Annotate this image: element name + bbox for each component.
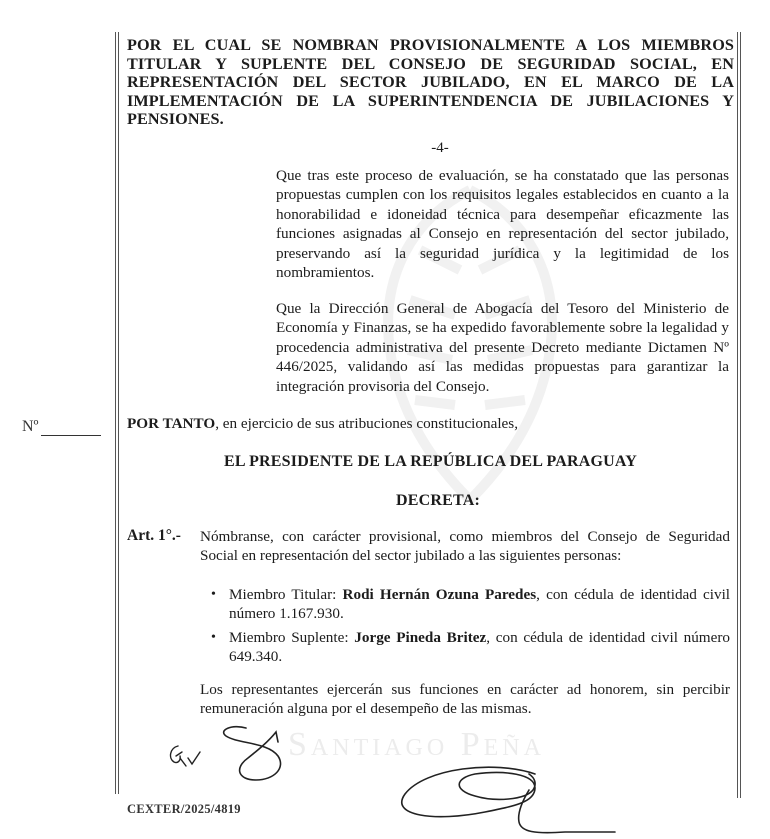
president-signature-icon bbox=[395, 760, 625, 839]
footer-reference-code: CEXTER/2025/4819 bbox=[127, 802, 241, 817]
left-margin-border bbox=[115, 32, 119, 794]
members-list: •Miembro Titular: Rodi Hernán Ozuna Pare… bbox=[210, 585, 730, 670]
decreta-heading: DECRETA: bbox=[127, 492, 734, 510]
por-tanto-bold: POR TANTO bbox=[127, 415, 215, 432]
decree-title: POR EL CUAL SE NOMBRAN PROVISIONALMENTE … bbox=[127, 36, 734, 129]
por-tanto-clause: POR TANTO, en ejercicio de sus atribucio… bbox=[127, 414, 518, 433]
member-name: Rodi Hernán Ozuna Paredes bbox=[343, 586, 537, 603]
article-label: Art. 1°.- bbox=[127, 527, 181, 545]
signature-small-icon bbox=[218, 724, 288, 784]
bullet-icon: • bbox=[211, 628, 216, 647]
initials-signature-icon bbox=[168, 742, 208, 772]
article-text: Nómbranse, con carácter provisional, com… bbox=[200, 527, 730, 566]
considerando-paragraph: Que tras este proceso de evaluación, se … bbox=[276, 166, 729, 282]
page-number: -4- bbox=[400, 140, 480, 157]
watermark-name: Santiago Peña bbox=[288, 726, 545, 764]
considerando-paragraph: Que la Dirección General de Abogacía del… bbox=[276, 299, 729, 396]
bullet-icon: • bbox=[211, 585, 216, 604]
list-item: •Miembro Titular: Rodi Hernán Ozuna Pare… bbox=[210, 585, 730, 624]
list-item: •Miembro Suplente: Jorge Pineda Britez, … bbox=[210, 628, 730, 667]
member-name: Jorge Pineda Britez bbox=[354, 629, 486, 646]
number-blank-line bbox=[41, 421, 101, 436]
member-role: Miembro Suplente: bbox=[229, 629, 354, 646]
president-heading: EL PRESIDENTE DE LA REPÚBLICA DEL PARAGU… bbox=[127, 453, 734, 471]
decree-number-field: Nº bbox=[22, 418, 101, 436]
closing-paragraph: Los representantes ejercerán sus funcion… bbox=[200, 680, 730, 719]
member-role: Miembro Titular: bbox=[229, 586, 343, 603]
number-label: Nº bbox=[22, 418, 39, 436]
por-tanto-text: , en ejercicio de sus atribuciones const… bbox=[215, 415, 518, 432]
right-margin-border bbox=[737, 32, 741, 798]
